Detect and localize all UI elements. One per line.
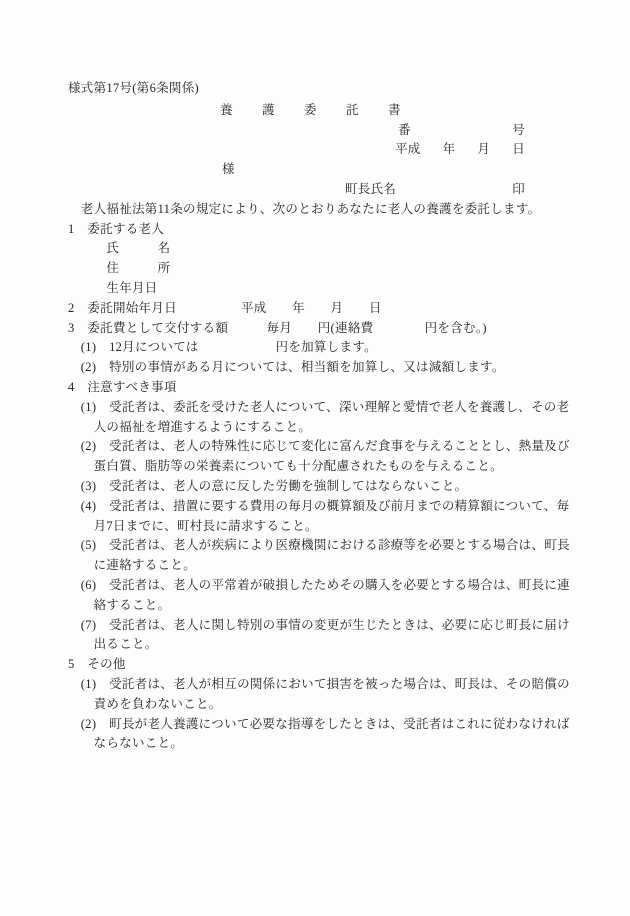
form-number: 様式第17号(第6条関係) xyxy=(68,79,630,99)
item-1-heading: 1 委託する老人 xyxy=(68,220,630,240)
seal-label: 印 xyxy=(512,180,525,200)
number-unit-label: 号 xyxy=(512,121,525,141)
item-2-line: 2 委託開始年月日 平成 年 月 日 xyxy=(68,299,630,319)
document-content: 様式第17号(第6条関係) 養護委託書 番号 平成年月日 様 町長氏名印 老人福… xyxy=(68,79,630,754)
date-month-label: 月 xyxy=(477,140,490,160)
intro-line: 老人福祉法第11条の規定により、次のとおりあなたに老人の養護を委託します。 xyxy=(68,200,630,220)
item-4-1-line-2: 人の福祉を増進するようにすること。 xyxy=(68,418,630,438)
item-4-5-line-1: (5) 受託者は、老人が疾病により医療機関における診療等を必要とする場合は、町長 xyxy=(68,536,630,556)
date-year-label: 年 xyxy=(443,140,456,160)
item-4-2-line-1: (2) 受託者は、老人の特殊性に応じて変化に富んだ食事を与えることとし、熱量及び xyxy=(68,437,630,457)
item-4-7-line-1: (7) 受託者は、老人に関し特別の事情の変更が生じたときは、必要に応じ町長に届け xyxy=(68,616,630,636)
date-day-label: 日 xyxy=(512,140,525,160)
number-line: 番号 xyxy=(68,121,630,141)
item-5-2-line-1: (2) 町長が老人養護について必要な指導をしたときは、受託者はこれに従わなければ xyxy=(68,715,630,735)
addressee-suffix-label: 様 xyxy=(222,162,235,176)
item-4-5-line-2: に連絡すること。 xyxy=(68,556,630,576)
document-page: 様式第17号(第6条関係) 養護委託書 番号 平成年月日 様 町長氏名印 老人福… xyxy=(0,0,630,916)
field-birthdate-label: 生年月日 xyxy=(68,279,630,299)
item-4-2-line-2: 蛋白質、脂肪等の栄養素についても十分配慮されたものを与えること。 xyxy=(68,457,630,477)
item-3-1-line: (1) 12月については 円を加算します。 xyxy=(68,338,630,358)
item-3-line: 3 委託費として交付する額 毎月 円(連絡費 円を含む。) xyxy=(68,319,630,339)
field-address-label: 住 所 xyxy=(68,259,630,279)
number-label: 番 xyxy=(398,121,411,141)
item-4-heading: 4 注意すべき事項 xyxy=(68,378,630,398)
item-5-2-line-2: ならないこと。 xyxy=(68,734,630,754)
item-4-6-line-1: (6) 受託者は、老人の平常着が破損したためその購入を必要とする場合は、町長に連 xyxy=(68,576,630,596)
item-3-2-line: (2) 特別の事情がある月については、相当額を加算し、又は減額します。 xyxy=(68,358,630,378)
date-era-label: 平成 xyxy=(395,140,421,160)
date-line: 平成年月日 xyxy=(68,140,630,160)
item-4-1-line-1: (1) 受託者は、委託を受けた老人について、深い理解と愛情で老人を養護し、その老 xyxy=(68,398,630,418)
title-line: 養護委託書 xyxy=(68,101,630,121)
item-4-4-line-1: (4) 受託者は、措置に要する費用の毎月の概算額及び前月までの精算額について、毎 xyxy=(68,497,630,517)
mayor-name-label: 町長氏名 xyxy=(345,180,396,200)
item-5-1-line-1: (1) 受託者は、老人が相互の関係において損害を被った場合は、町長は、その賠償の xyxy=(68,675,630,695)
document-title: 養護委託書 xyxy=(220,101,430,121)
item-5-heading: 5 その他 xyxy=(68,655,630,675)
addressee-line: 様 xyxy=(68,160,630,180)
item-4-7-line-2: 出ること。 xyxy=(68,635,630,655)
item-4-3-line: (3) 受託者は、老人の意に反した労働を強制してはならないこと。 xyxy=(68,477,630,497)
item-4-6-line-2: 絡すること。 xyxy=(68,596,630,616)
item-4-4-line-2: 月7日までに、町村長に請求すること。 xyxy=(68,517,630,537)
mayor-line: 町長氏名印 xyxy=(68,180,630,200)
field-name-label: 氏 名 xyxy=(68,239,630,259)
item-5-1-line-2: 責めを負わないこと。 xyxy=(68,695,630,715)
